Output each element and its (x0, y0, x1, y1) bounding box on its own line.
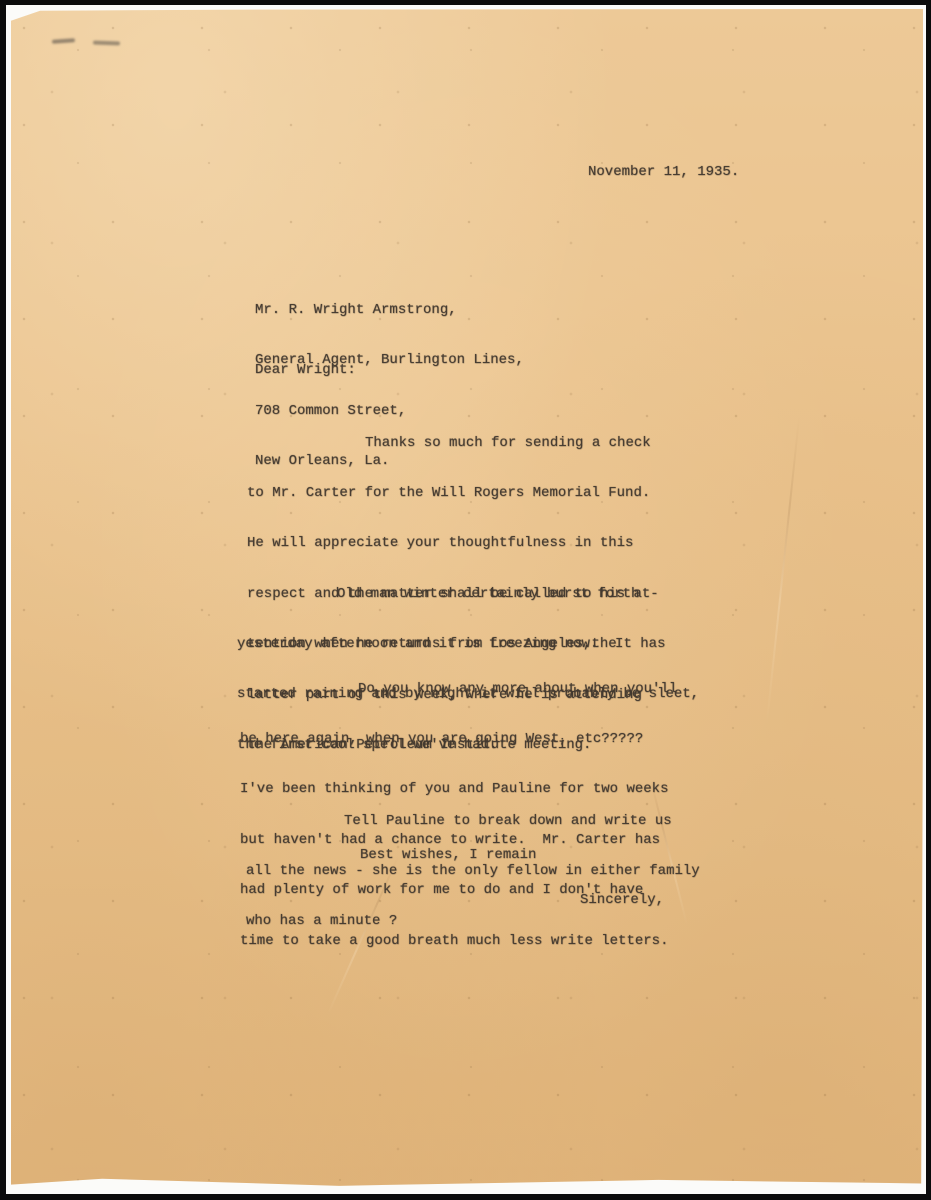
letter-line: Tell Pauline to break down and write us (246, 813, 700, 830)
letter-date: November 11, 1935. (588, 164, 739, 181)
letter-line: He will appreciate your thoughtfulness i… (247, 535, 659, 552)
letter-line: who has a minute ? (246, 913, 700, 930)
closing-line: Best wishes, I remain (360, 847, 536, 864)
salutation: Dear Wright: (255, 362, 356, 379)
letter-line: all the news - she is the only fellow in… (246, 863, 700, 880)
recipient-name: Mr. R. Wright Armstrong, (255, 302, 524, 319)
letter-line: Thanks so much for sending a check (247, 435, 659, 452)
letter-line: Old man winter certainly burst forth (237, 586, 699, 603)
letter-line: to Mr. Carter for the Will Rogers Memori… (247, 485, 659, 502)
letter-line: Do you know any more about when you'll (240, 681, 677, 698)
scanned-letter-page: November 11, 1935. Mr. R. Wright Armstro… (0, 0, 931, 1200)
letter-line: be here again, when you are going West, … (240, 731, 677, 748)
signoff: Sincerely, (580, 892, 664, 909)
paragraph-4: Tell Pauline to break down and write us … (246, 779, 700, 964)
